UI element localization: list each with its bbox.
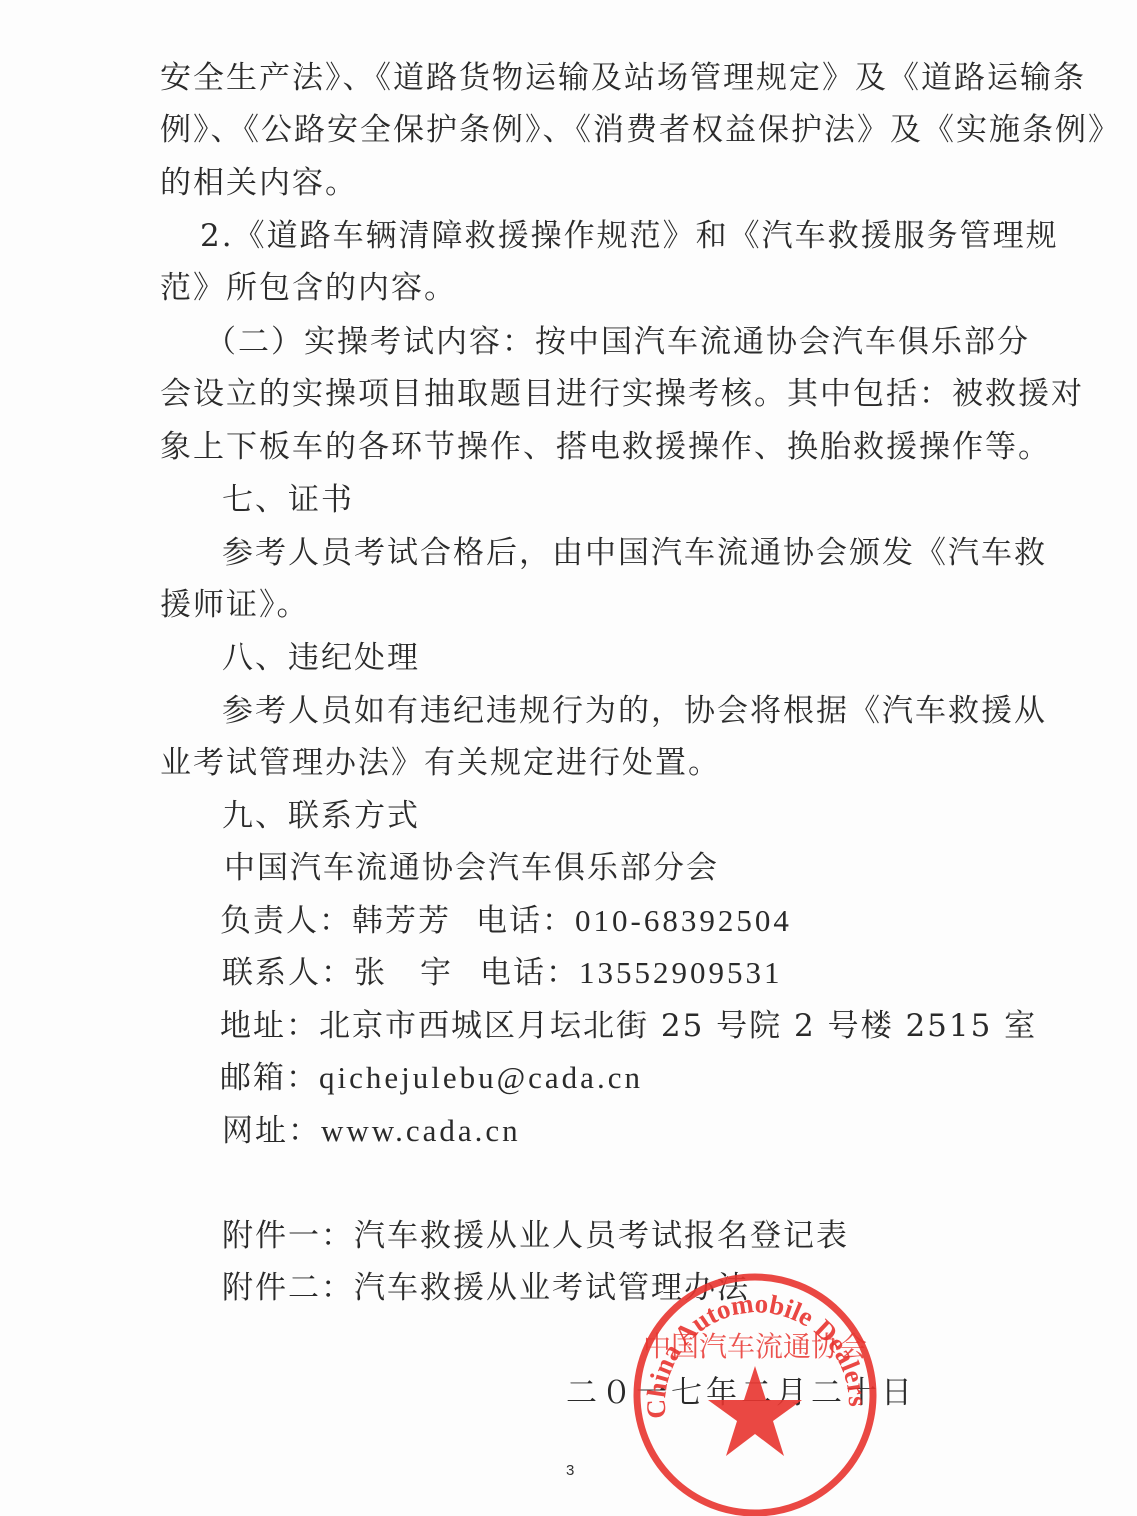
contact-name: 张 宇 (354, 955, 453, 991)
contact-organization: 中国汽车流通协会汽车俱乐部分会 (224, 848, 719, 888)
contact-phone: 13552909531 (579, 955, 783, 990)
responsible-phone-row: 电话：010-68392504 (476, 901, 792, 941)
section-7-line-1: 参考人员考试合格后，由中国汽车流通协会颁发《汽车救 (222, 533, 982, 573)
responsible-label: 负责人： (220, 903, 352, 939)
website-row: 网址：www.cada.cn (222, 1111, 521, 1151)
practical-exam-line-1: （二）实操考试内容：按中国汽车流通协会汽车俱乐部分 (205, 322, 982, 362)
section-9-heading: 九、联系方式 (222, 796, 420, 836)
responsible-name: 韩芳芳 (352, 903, 451, 939)
item-2-line-2: 范》所包含的内容。 (160, 268, 457, 308)
contact-label: 联系人： (222, 955, 354, 991)
website-label: 网址： (222, 1113, 321, 1149)
email-label: 邮箱： (220, 1060, 319, 1096)
section-8-line-2: 业考试管理办法》有关规定进行处置。 (160, 743, 721, 783)
laws-line-2: 例》、《公路安全保护条例》、《消费者权益保护法》及《实施条例》 (160, 110, 982, 150)
practical-exam-line-2: 会设立的实操项目抽取题目进行实操考核。其中包括：被救援对 (160, 374, 982, 414)
laws-line-3: 的相关内容。 (160, 163, 358, 203)
contact-phone-label: 电话： (480, 955, 579, 991)
section-7-heading: 七、证书 (222, 480, 354, 520)
email-value[interactable]: qichejulebu@cada.cn (319, 1060, 643, 1095)
attachment-1: 附件一：汽车救援从业人员考试报名登记表 (222, 1216, 849, 1256)
responsible-phone: 010-68392504 (575, 903, 792, 938)
email-row: 邮箱：qichejulebu@cada.cn (220, 1058, 643, 1098)
address-value: 北京市西城区月坛北街 25 号院 2 号楼 2515 室 (319, 1008, 1037, 1044)
section-8-heading: 八、违纪处理 (222, 638, 420, 678)
address-row: 地址：北京市西城区月坛北街 25 号院 2 号楼 2515 室 (220, 1006, 1037, 1046)
contact-row: 联系人：张 宇 (222, 953, 453, 993)
address-label: 地址： (220, 1008, 319, 1044)
section-8-line-1: 参考人员如有违纪违规行为的，协会将根据《汽车救援从 (222, 691, 972, 731)
svg-text:中国汽车流通协会: 中国汽车流通协会 (643, 1330, 867, 1363)
laws-line-1: 安全生产法》、《道路货物运输及站场管理规定》及《道路运输条 (160, 58, 982, 98)
responsible-phone-label: 电话： (476, 903, 575, 939)
document-page: 安全生产法》、《道路货物运输及站场管理规定》及《道路运输条 例》、《公路安全保护… (0, 0, 1137, 1516)
website-value[interactable]: www.cada.cn (321, 1113, 521, 1148)
practical-exam-line-3: 象上下板车的各环节操作、搭电救援操作、换胎救援操作等。 (160, 427, 1051, 467)
contact-phone-row: 电话：13552909531 (480, 953, 783, 993)
page-number: 3 (566, 1462, 574, 1479)
responsible-row: 负责人：韩芳芳 (220, 901, 451, 941)
section-7-line-2: 援师证》。 (160, 585, 310, 625)
item-2-line-1: 2.《道路车辆清障救援操作规范》和《汽车救援服务管理规 (200, 216, 982, 256)
official-seal-icon: China Automobile Dealers Association 中国汽… (628, 1268, 883, 1516)
